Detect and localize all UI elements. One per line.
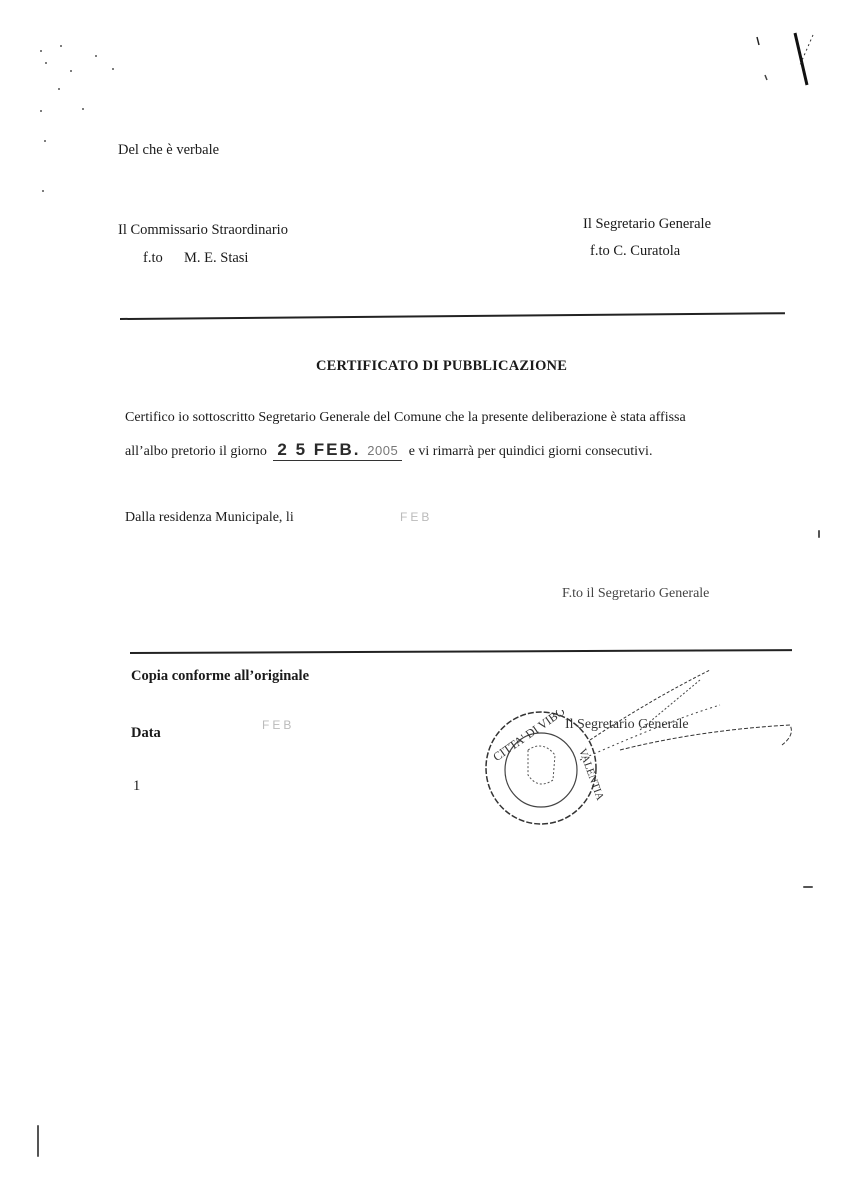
copy-date-label: Data — [131, 725, 161, 742]
commissario-name: M. E. Stasi — [184, 250, 248, 267]
segretario-signature: f.to C. Curatola — [590, 243, 680, 260]
certificate-title: CERTIFICATO DI PUBBLICAZIONE — [316, 358, 567, 375]
residence-date-faded: FEB — [400, 510, 432, 524]
divider-line-2 — [130, 649, 792, 653]
svg-text:CITTA' DI VIBO: CITTA' DI VIBO — [490, 710, 567, 764]
publication-date-stamp: 2 5 FEB. 2005 — [273, 440, 402, 461]
commissario-signature-prefix: f.to — [143, 250, 163, 267]
scan-mark — [803, 886, 813, 888]
divider-line — [120, 312, 785, 319]
certificate-signature: F.to il Segretario Generale — [562, 586, 709, 602]
segretario-role: Il Segretario Generale — [583, 216, 711, 233]
pen-mark-icon — [745, 25, 825, 125]
line2-after: e vi rimarrà per quindici giorni consecu… — [409, 444, 653, 459]
copy-date-faded: FEB — [262, 718, 294, 732]
certificate-text-line2: all’albo pretorio il giorno 2 5 FEB. 200… — [125, 440, 652, 461]
scan-mark — [818, 530, 820, 538]
handwritten-signature-icon — [560, 660, 800, 770]
page-number: 1 — [133, 778, 140, 795]
copy-label: Copia conforme all’originale — [131, 668, 309, 685]
commissario-role: Il Commissario Straordinario — [118, 222, 288, 239]
certificate-text-line1: Certifico io sottoscritto Segretario Gen… — [125, 410, 686, 426]
verbale-intro: Del che è verbale — [118, 142, 219, 159]
line2-before: all’albo pretorio il giorno — [125, 444, 267, 459]
scan-mark — [37, 1125, 39, 1157]
residence-label: Dalla residenza Municipale, li — [125, 510, 294, 526]
